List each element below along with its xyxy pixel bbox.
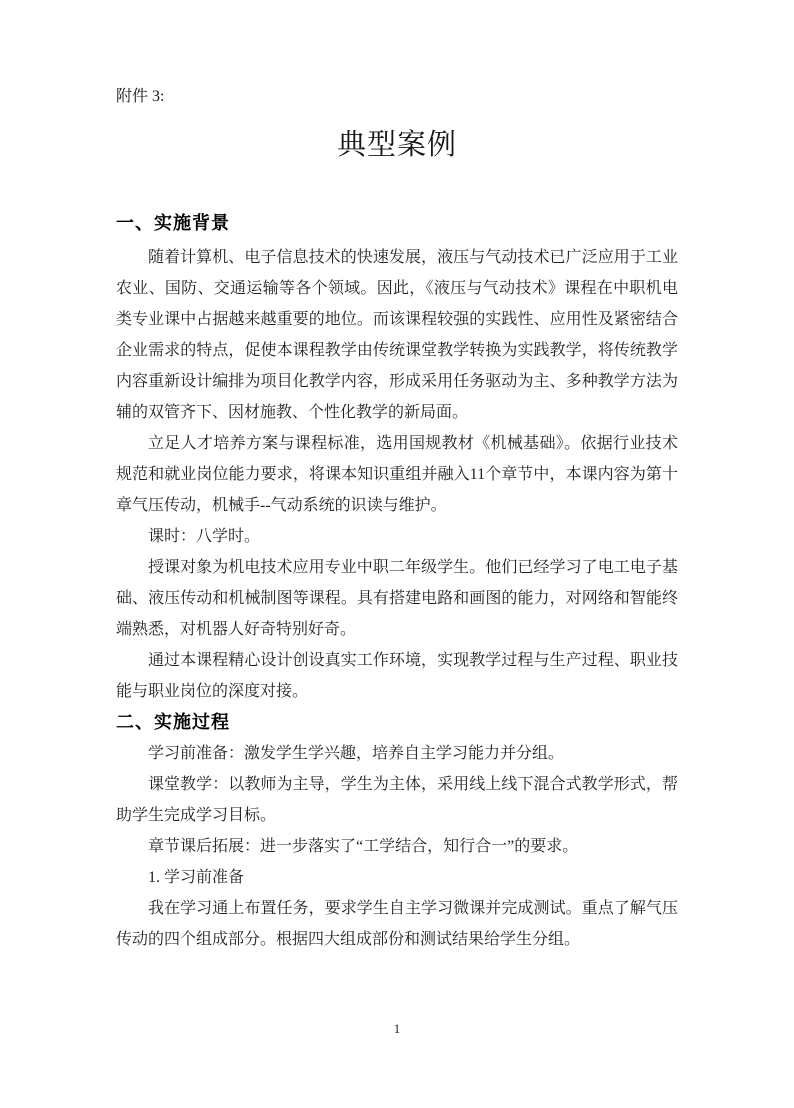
document-title: 典型案例 — [116, 124, 678, 166]
paragraph: 通过本课程精心设计创设真实工作环境，实现教学过程与生产过程、职业技能与职业岗位的… — [116, 645, 678, 707]
attachment-label: 附件 3: — [116, 85, 678, 109]
paragraph: 1. 学习前准备 — [116, 862, 678, 893]
paragraph: 立足人才培养方案与课程标准，选用国规教材《机械基础》。依据行业技术规范和就业岗位… — [116, 428, 678, 521]
paragraph: 章节课后拓展：进一步落实了“工学结合，知行合一”的要求。 — [116, 831, 678, 862]
paragraph: 课堂教学：以教师为主导，学生为主体，采用线上线下混合式教学形式，帮助学生完成学习… — [116, 769, 678, 831]
paragraph: 授课对象为机电技术应用专业中职二年级学生。他们已经学习了电工电子基础、液压传动和… — [116, 552, 678, 645]
section-heading-implementation-process: 二、实施过程 — [116, 707, 678, 738]
paragraph: 我在学习通上布置任务，要求学生自主学习微课并完成测试。重点了解气压传动的四个组成… — [116, 893, 678, 955]
document-page: 附件 3: 典型案例 一、实施背景 随着计算机、电子信息技术的快速发展，液压与气… — [0, 0, 794, 1108]
page-number: 1 — [0, 1021, 794, 1037]
paragraph: 课时：八学时。 — [116, 521, 678, 552]
section-heading-implementation-background: 一、实施背景 — [116, 204, 678, 242]
paragraph: 学习前准备：激发学生学兴趣，培养自主学习能力并分组。 — [116, 738, 678, 769]
paragraph: 随着计算机、电子信息技术的快速发展，液压与气动技术已广泛应用于工业农业、国防、交… — [116, 242, 678, 428]
document-body: 附件 3: 典型案例 一、实施背景 随着计算机、电子信息技术的快速发展，液压与气… — [116, 0, 678, 955]
